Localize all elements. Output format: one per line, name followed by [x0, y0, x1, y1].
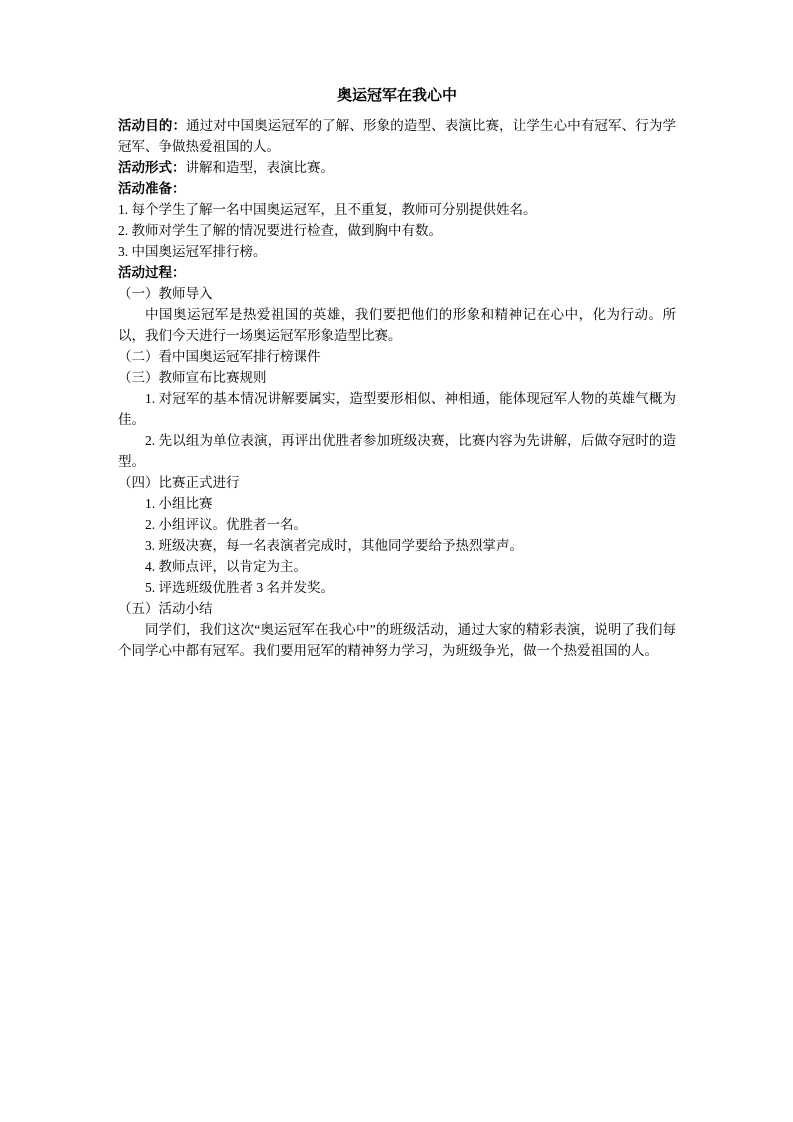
paragraph-activity-purpose: 活动目的：通过对中国奥运冠军的了解、形象的造型、表演比赛，让学生心中有冠军、行为…	[118, 115, 676, 157]
activity-process-label: 活动过程：	[118, 265, 186, 280]
contest-item-5-text: 5. 评选班级优胜者 3 名并发奖。	[145, 580, 334, 595]
prep-item-1-text: 1. 每个学生了解一名中国奥运冠军，且不重复，教师可分别提供姓名。	[118, 202, 537, 217]
section-5-heading: （五）活动小结	[118, 598, 676, 619]
contest-item-4: 4. 教师点评，以肯定为主。	[118, 556, 676, 577]
paragraph-activity-form: 活动形式：讲解和造型，表演比赛。	[118, 157, 676, 178]
section-1-body-text: 中国奥运冠军是热爱祖国的英雄，我们要把他们的形象和精神记在心中，化为行动。所以，…	[118, 307, 676, 343]
contest-item-2: 2. 小组评议。优胜者一名。	[118, 514, 676, 535]
section-3-heading: （三）教师宣布比赛规则	[118, 367, 676, 388]
summary-paragraph-text: 同学们，我们这次“奥运冠军在我心中”的班级活动，通过大家的精彩表演，说明了我们每…	[118, 622, 676, 658]
heading-activity-process: 活动过程：	[118, 262, 676, 283]
activity-purpose-text: 通过对中国奥运冠军的了解、形象的造型、表演比赛，让学生心中有冠军、行为学冠军、争…	[118, 118, 676, 154]
activity-form-label: 活动形式：	[118, 160, 186, 175]
section-1-body: 中国奥运冠军是热爱祖国的英雄，我们要把他们的形象和精神记在心中，化为行动。所以，…	[118, 304, 676, 346]
section-2-heading: （二）看中国奥运冠军排行榜课件	[118, 346, 676, 367]
activity-form-text: 讲解和造型，表演比赛。	[186, 160, 335, 175]
rule-item-1-text: 1. 对冠军的基本情况讲解要属实，造型要形相似、神相通，能体现冠军人物的英雄气概…	[118, 391, 676, 427]
prep-item-2: 2. 教师对学生了解的情况要进行检查，做到胸中有数。	[118, 220, 676, 241]
section-3-heading-text: （三）教师宣布比赛规则	[118, 370, 267, 385]
section-5-heading-text: （五）活动小结	[118, 601, 213, 616]
rule-item-1: 1. 对冠军的基本情况讲解要属实，造型要形相似、神相通，能体现冠军人物的英雄气概…	[118, 388, 676, 430]
section-2-heading-text: （二）看中国奥运冠军排行榜课件	[118, 349, 321, 364]
prep-item-1: 1. 每个学生了解一名中国奥运冠军，且不重复，教师可分别提供姓名。	[118, 199, 676, 220]
contest-item-4-text: 4. 教师点评，以肯定为主。	[145, 559, 307, 574]
section-1-heading-text: （一）教师导入	[118, 286, 213, 301]
activity-preparation-label: 活动准备：	[118, 181, 186, 196]
rule-item-2-text: 2. 先以组为单位表演，再评出优胜者参加班级决赛，比赛内容为先讲解，后做夺冠时的…	[118, 433, 676, 469]
heading-activity-preparation: 活动准备：	[118, 178, 676, 199]
prep-item-3: 3. 中国奥运冠军排行榜。	[118, 241, 676, 262]
contest-item-3: 3. 班级决赛，每一名表演者完成时，其他同学要给予热烈掌声。	[118, 535, 676, 556]
document-page: 奥运冠军在我心中 活动目的：通过对中国奥运冠军的了解、形象的造型、表演比赛，让学…	[0, 0, 793, 1122]
summary-paragraph: 同学们，我们这次“奥运冠军在我心中”的班级活动，通过大家的精彩表演，说明了我们每…	[118, 619, 676, 661]
contest-item-1: 1. 小组比赛	[118, 493, 676, 514]
contest-item-3-text: 3. 班级决赛，每一名表演者完成时，其他同学要给予热烈掌声。	[145, 538, 523, 553]
contest-item-1-text: 1. 小组比赛	[145, 496, 213, 511]
contest-item-2-text: 2. 小组评议。优胜者一名。	[145, 517, 307, 532]
section-4-heading: （四）比赛正式进行	[118, 472, 676, 493]
activity-purpose-label: 活动目的：	[118, 118, 186, 133]
section-4-heading-text: （四）比赛正式进行	[118, 475, 240, 490]
document-title: 奥运冠军在我心中	[118, 85, 676, 108]
rule-item-2: 2. 先以组为单位表演，再评出优胜者参加班级决赛，比赛内容为先讲解，后做夺冠时的…	[118, 430, 676, 472]
prep-item-3-text: 3. 中国奥运冠军排行榜。	[118, 244, 267, 259]
contest-item-5: 5. 评选班级优胜者 3 名并发奖。	[118, 577, 676, 598]
prep-item-2-text: 2. 教师对学生了解的情况要进行检查，做到胸中有数。	[118, 223, 442, 238]
section-1-heading: （一）教师导入	[118, 283, 676, 304]
